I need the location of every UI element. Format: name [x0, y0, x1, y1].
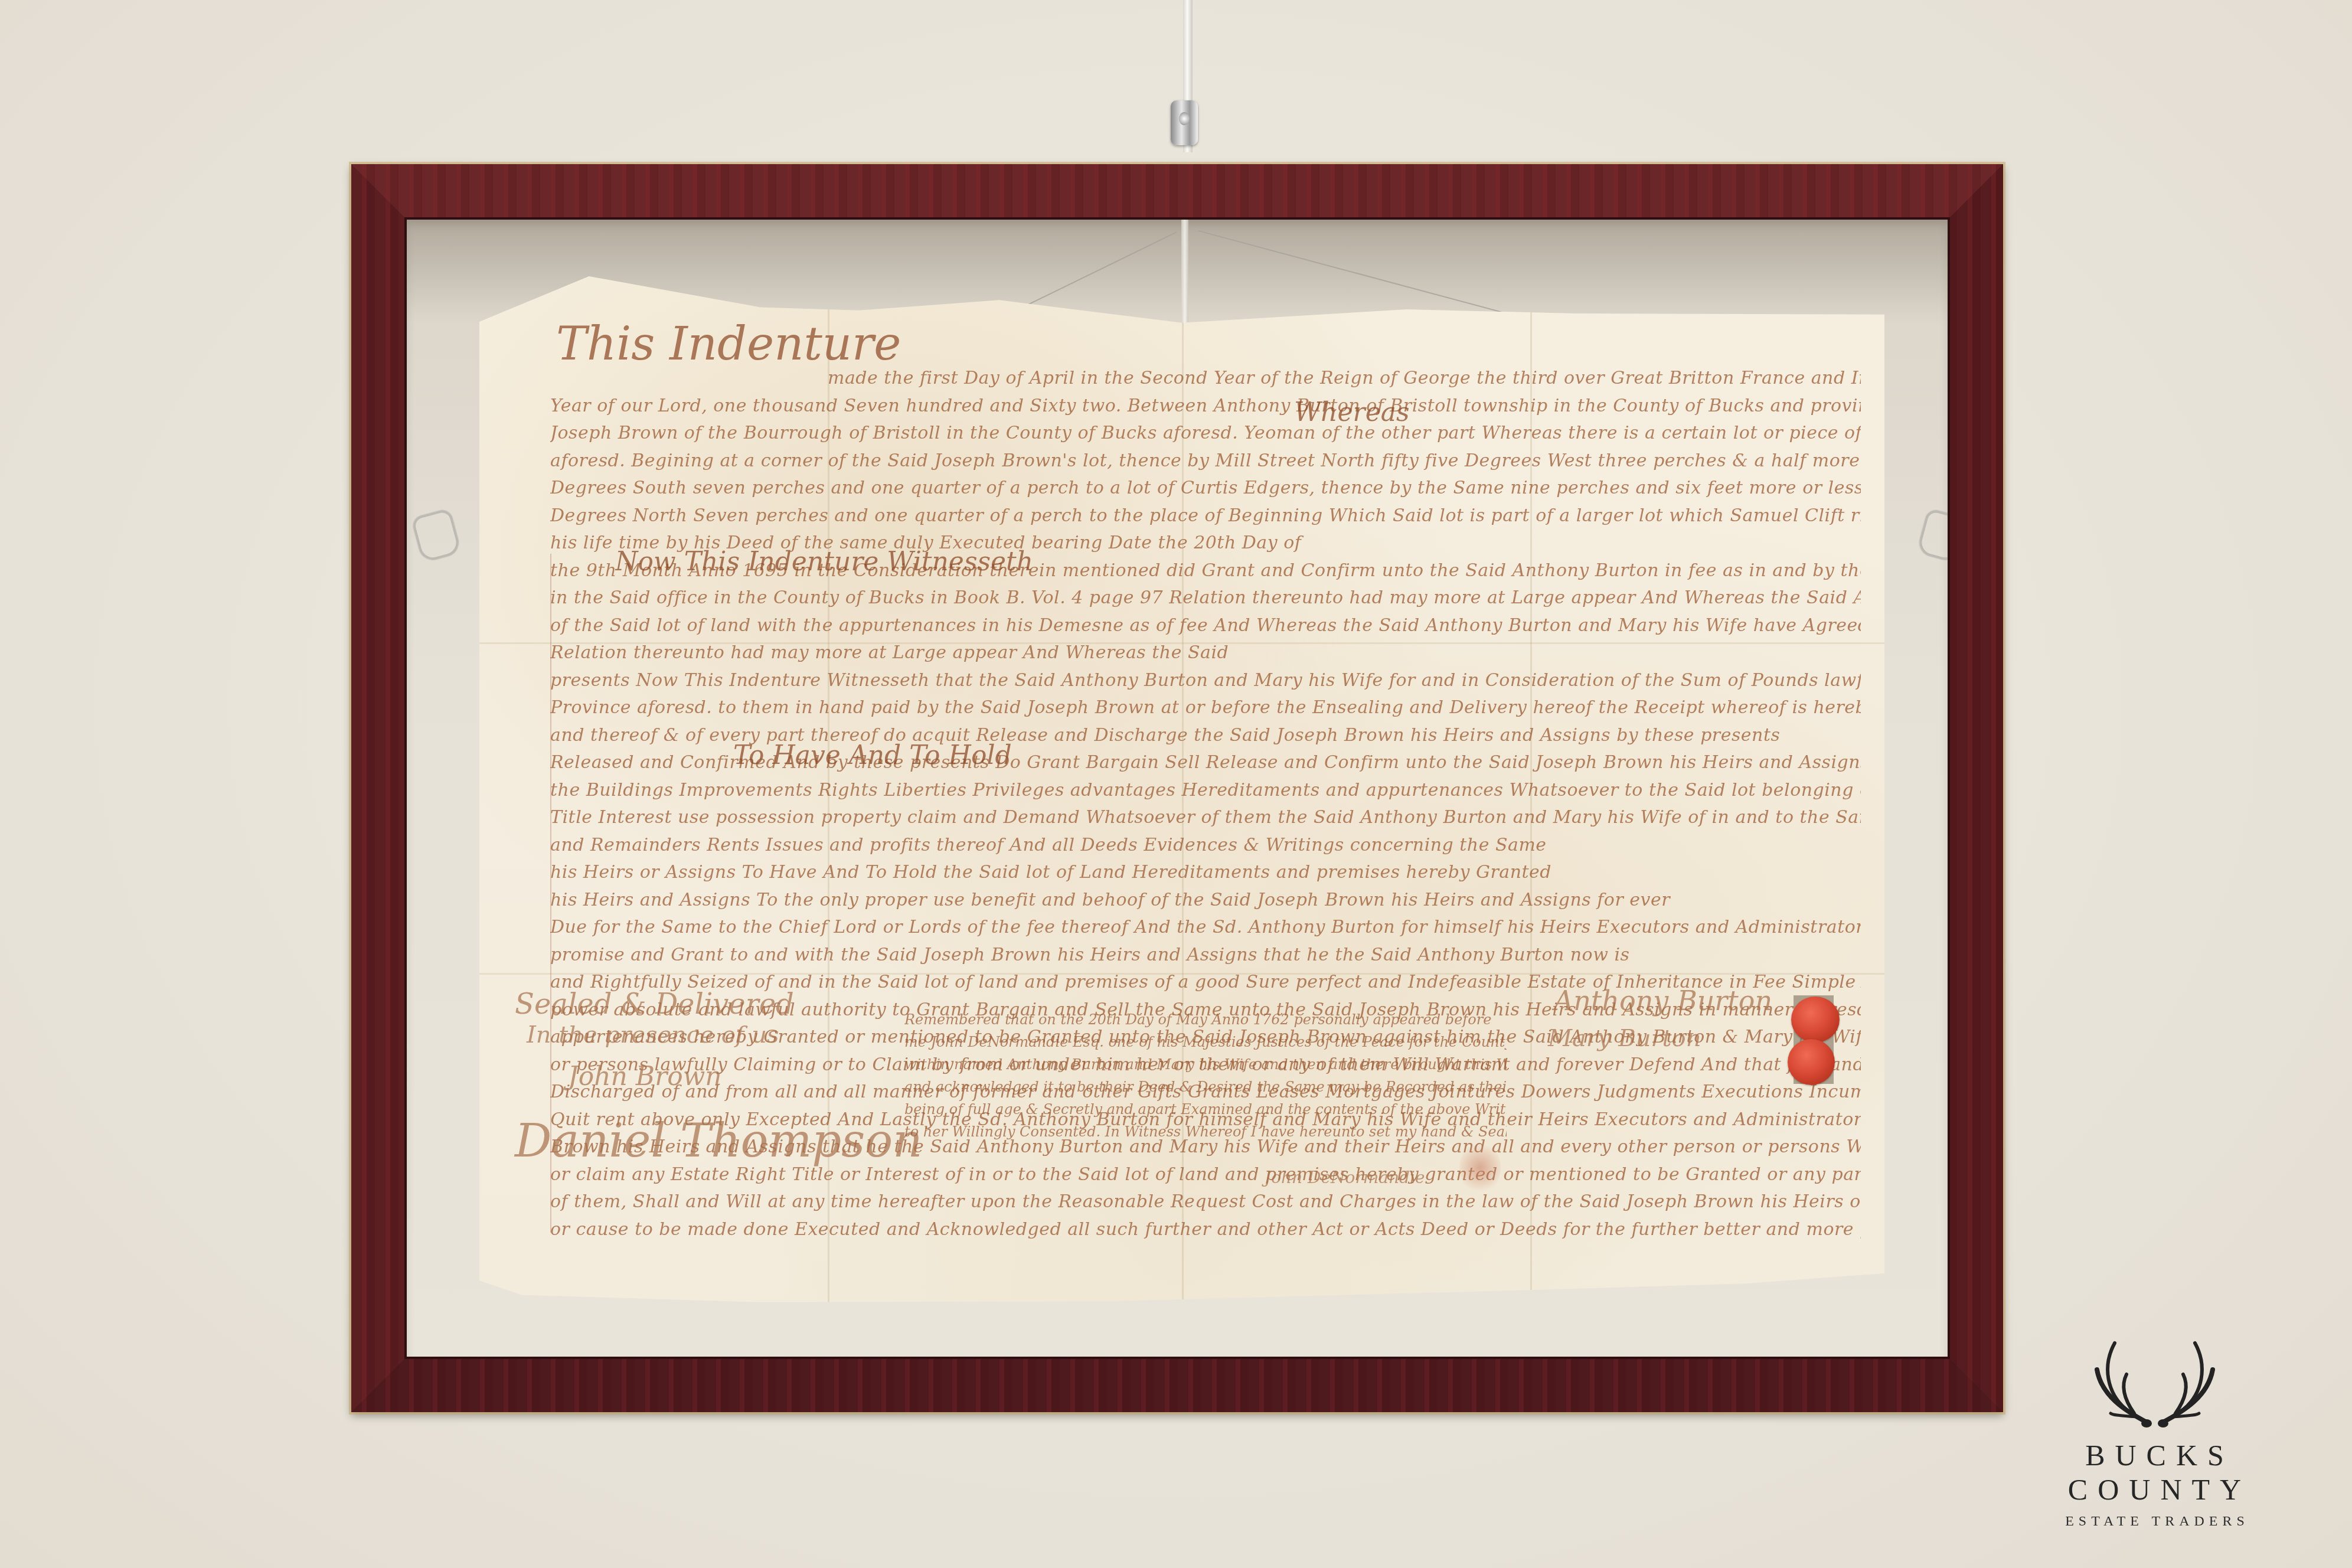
picture-frame [351, 164, 2003, 1412]
brand-subtitle: ESTATE TRADERS [1995, 1514, 2314, 1530]
brand-title: BUCKS COUNTY [1995, 1438, 2314, 1507]
antlers-icon [2084, 1340, 2226, 1429]
brand-logo: BUCKS COUNTY ESTATE TRADERS [1995, 1340, 2314, 1530]
hanging-clip-icon [1171, 100, 1198, 145]
